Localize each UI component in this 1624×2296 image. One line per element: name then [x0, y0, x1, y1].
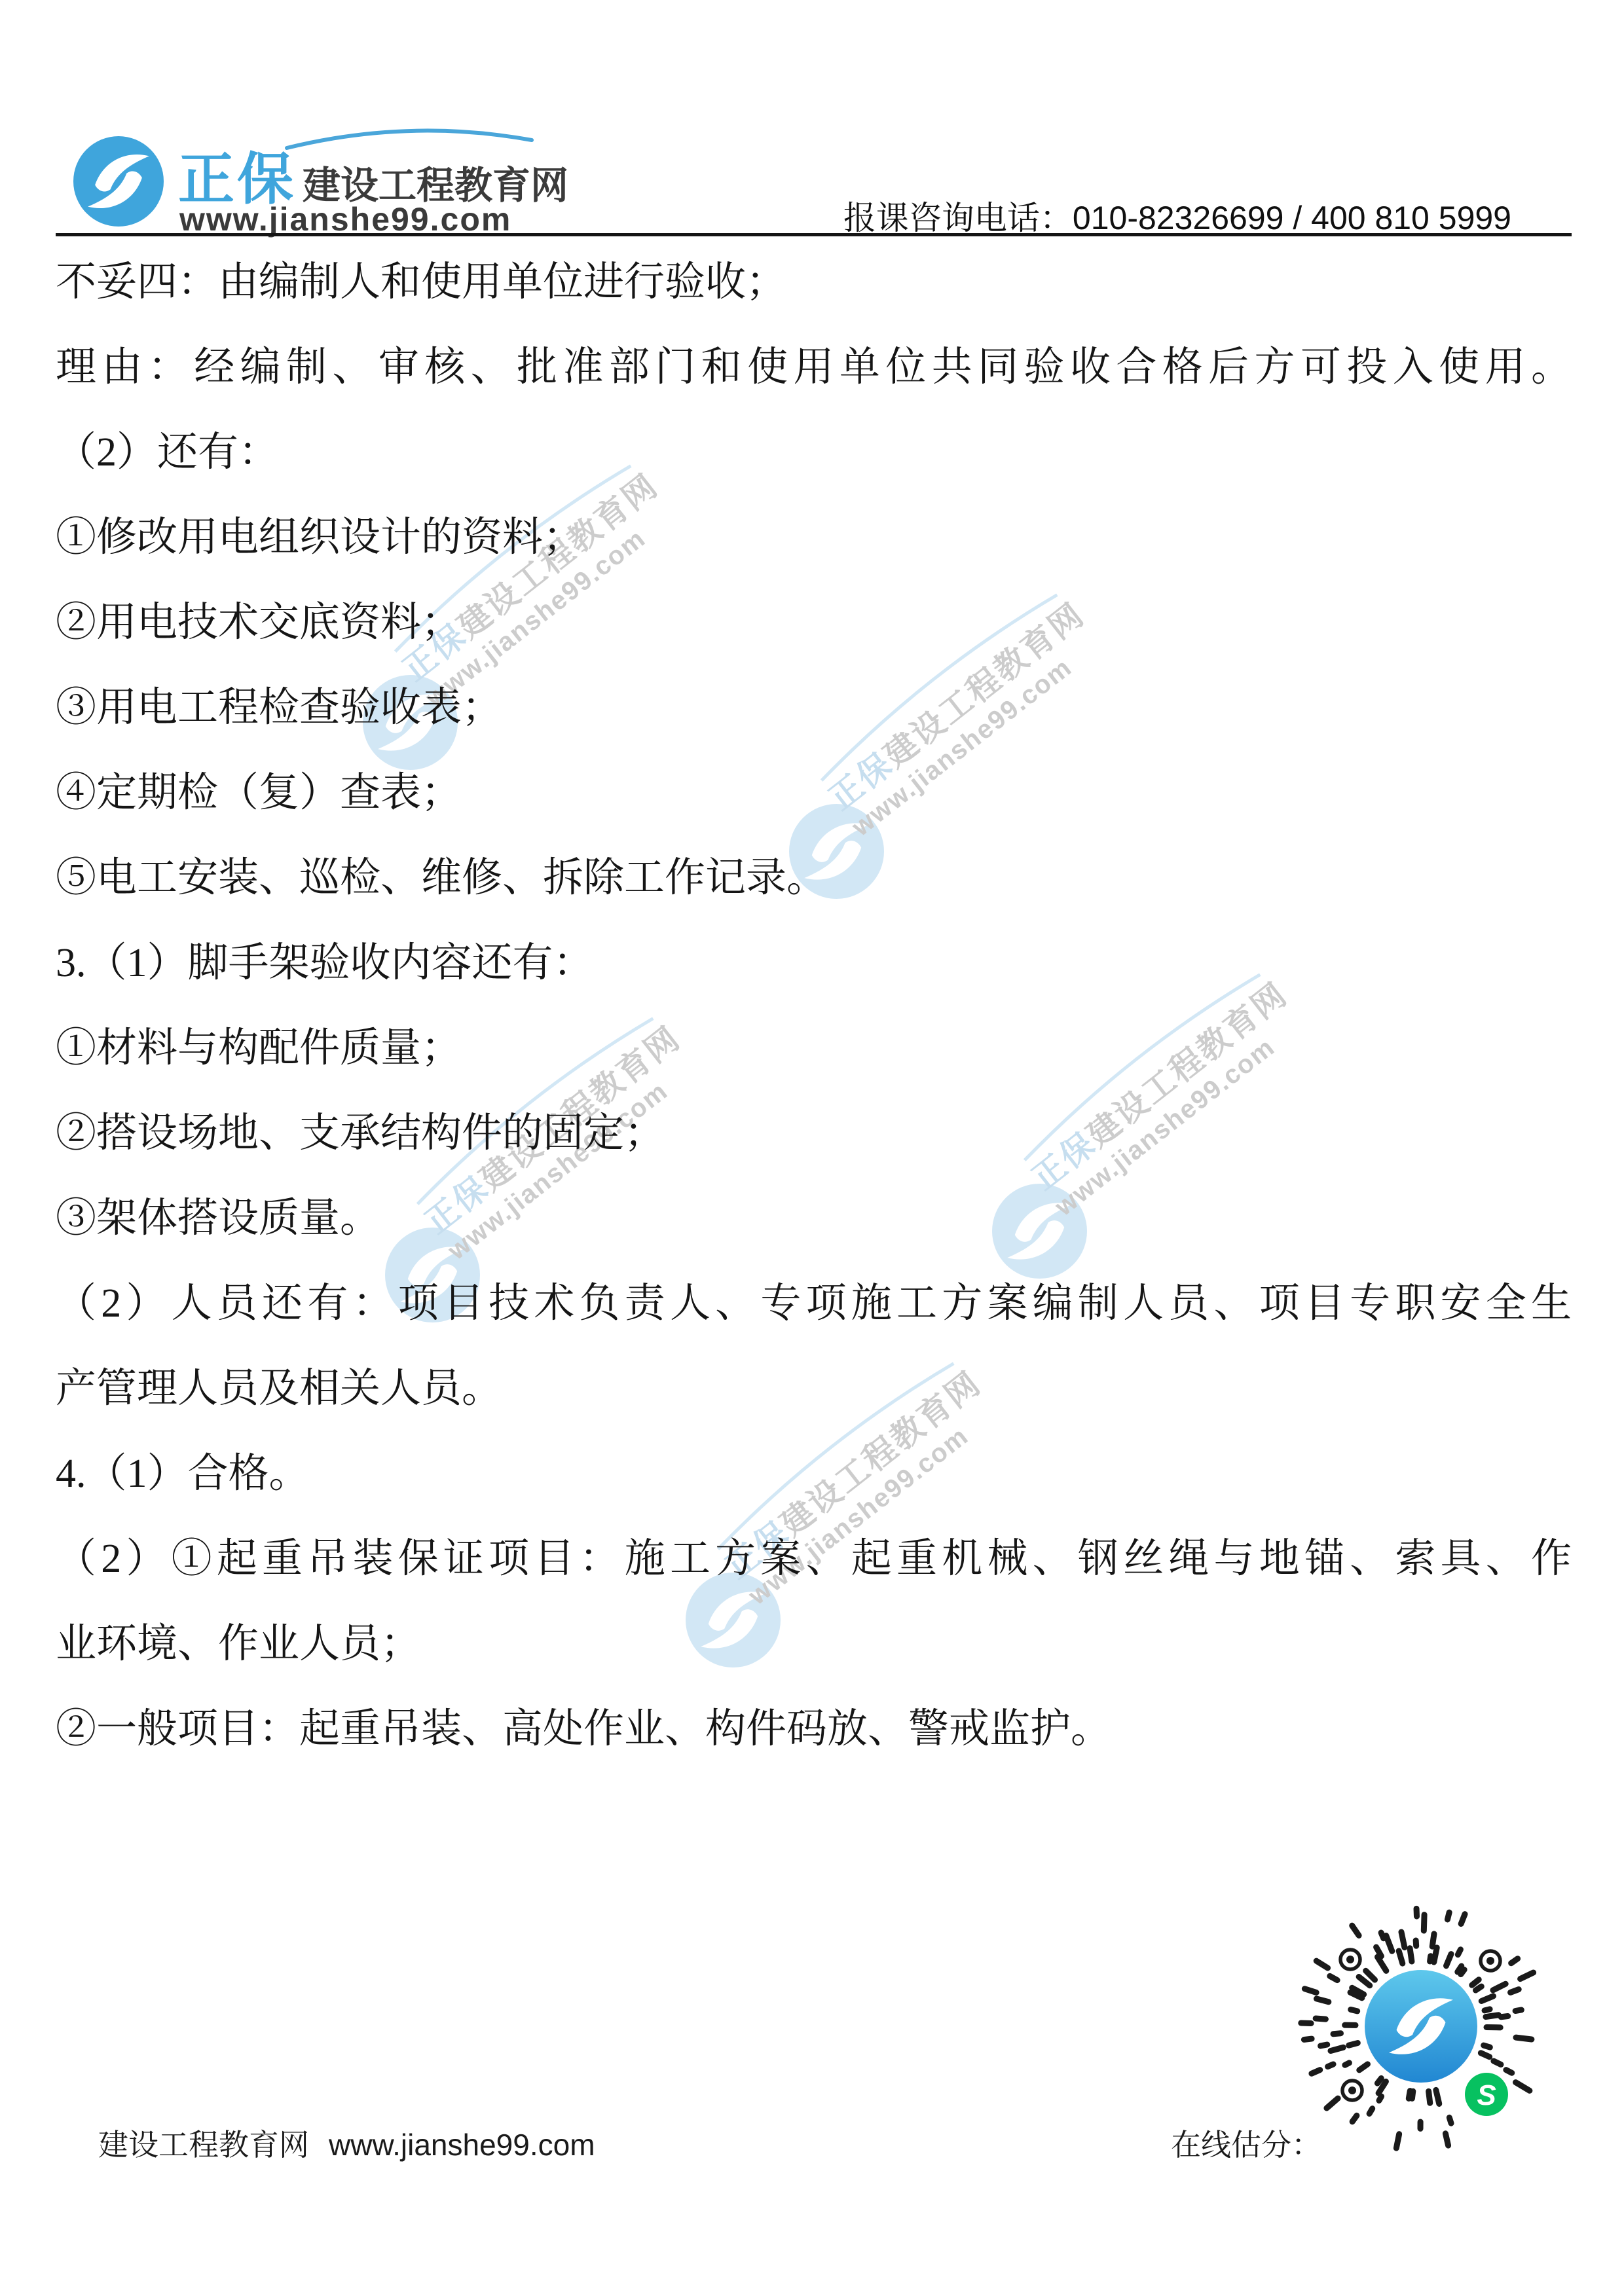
qr-center-logo	[1365, 1970, 1477, 2083]
consult-phone: 报课咨询电话：010-82326699 / 400 810 5999	[843, 192, 1511, 239]
body-line: ④定期检（复）查表；	[56, 750, 1572, 835]
body-line: （2）还有：	[56, 410, 1572, 495]
body-line: 业环境、作业人员；	[56, 1601, 1572, 1686]
body-line: 理由：经编制、审核、批准部门和使用单位共同验收合格后方可投入使用。	[56, 325, 1572, 410]
body-line: ②搭设场地、支承结构件的固定；	[56, 1091, 1572, 1176]
document-page: 正保 建设工程教育网 www.jianshe99.com 报课咨询电话：010-…	[0, 0, 1624, 2296]
body-line: 4.（1）合格。	[56, 1431, 1572, 1516]
footer-site-name: 建设工程教育网	[98, 2128, 309, 2162]
body-line: ①材料与构配件质量；	[56, 1006, 1572, 1091]
body-line: （2）①起重吊装保证项目：施工方案、起重机械、钢丝绳与地锚、索具、作	[56, 1516, 1572, 1601]
body-line: 不妥四：由编制人和使用单位进行验收；	[56, 240, 1572, 325]
svg-text:S: S	[1477, 2079, 1496, 2111]
body-line: 产管理人员及相关人员。	[56, 1346, 1572, 1431]
header-divider	[56, 233, 1572, 236]
qr-code: S	[1290, 1895, 1552, 2157]
footer-site-info: 建设工程教育网www.jianshe99.com	[98, 2121, 595, 2164]
body-line: 3.（1）脚手架验收内容还有：	[56, 920, 1572, 1006]
brand-arc-decoration	[282, 117, 537, 158]
body-line: ①修改用电组织设计的资料；	[56, 495, 1572, 580]
wechat-miniprogram-icon: S	[1465, 2073, 1508, 2116]
body-line: （2）人员还有：项目技术负责人、专项施工方案编制人员、项目专职安全生	[56, 1261, 1572, 1346]
footer-site-url: www.jianshe99.com	[329, 2128, 595, 2162]
body-line: ⑤电工安装、巡检、维修、拆除工作记录。	[56, 835, 1572, 920]
qr-code-svg: S	[1290, 1895, 1552, 2157]
body-line: ②用电技术交底资料；	[56, 580, 1572, 665]
body-line: ③架体搭设质量。	[56, 1176, 1572, 1261]
body-line: ②一般项目：起重吊装、高处作业、构件码放、警戒监护。	[56, 1686, 1572, 1772]
brand-logo-icon	[73, 136, 164, 230]
body-line: ③用电工程检查验收表；	[56, 665, 1572, 750]
answer-text-block: 不妥四：由编制人和使用单位进行验收； 理由：经编制、审核、批准部门和使用单位共同…	[56, 240, 1572, 1772]
